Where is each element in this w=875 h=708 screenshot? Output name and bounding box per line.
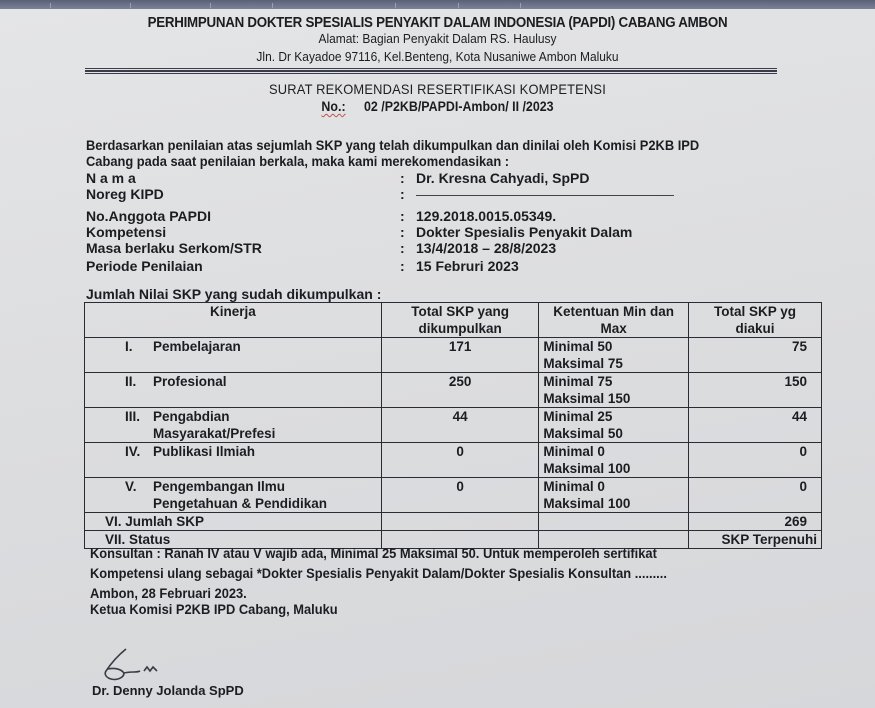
field-value: Dr. Kresna Cahyadi, SpPD xyxy=(416,170,590,186)
header-kinerja: Kinerja xyxy=(85,303,382,338)
letter-title: SURAT REKOMENDASI RESERTIFIKASI KOMPETEN… xyxy=(35,81,840,97)
field-nama: N a m a : Dr. Kresna Cahyadi, SpPD xyxy=(86,170,136,186)
organization-name: PERHIMPUNAN DOKTER SPESIALIS PENYAKIT DA… xyxy=(35,15,840,31)
address-line-2: Jln. Dr Kayadoe 97116, Kel.Benteng, Kota… xyxy=(35,49,840,64)
table-row: III.PengabdianMasyarakat/Prefesi 44 Mini… xyxy=(85,408,822,443)
table-row: V.Pengembangan IlmuPengetahuan & Pendidi… xyxy=(85,478,822,513)
ruler-tick xyxy=(395,3,396,8)
ruler-bar xyxy=(0,0,875,9)
note-line-2: Kompetensi ulang sebagai *Dokter Spesial… xyxy=(90,565,667,581)
ruler-tick xyxy=(210,3,211,8)
skp-table: Kinerja Total SKP yang dikumpulkan Keten… xyxy=(84,302,822,549)
field-label: Noreg KIPD xyxy=(86,186,164,202)
ruler-tick xyxy=(520,3,521,8)
ruler-tick xyxy=(272,3,273,8)
intro-line-1: Berdasarkan penilaian atas sejumlah SKP … xyxy=(86,137,767,153)
total-skp-value: 269 xyxy=(688,513,821,531)
blank-line xyxy=(416,195,674,196)
address-line-1: Alamat: Bagian Penyakit Dalam RS. Haulus… xyxy=(35,31,840,46)
table-header-row: Kinerja Total SKP yang dikumpulkan Keten… xyxy=(85,303,822,338)
table-row: I.Pembelajaran 171 Minimal 50Maksimal 75… xyxy=(85,338,822,373)
header-divider xyxy=(85,68,777,74)
letter-number: No.:02 /P2KB/PAPDI-Ambon/ II /2023 xyxy=(35,99,840,114)
field-periode-penilaian: Periode Penilaian : 15 Februri 2023 xyxy=(86,258,203,274)
table-caption: Jumlah Nilai SKP yang sudah dikumpulkan … xyxy=(86,286,381,302)
header-recognized: Total SKP yg diakui xyxy=(688,303,821,338)
field-noreg-kipd: Noreg KIPD : xyxy=(86,186,164,202)
signer-title: Ketua Komisi P2KB IPD Cabang, Maluku xyxy=(90,601,338,617)
status-value: SKP Terpenuhi xyxy=(688,531,821,549)
field-value: Dokter Spesialis Penyakit Dalam xyxy=(416,224,632,240)
field-value: 15 Februri 2023 xyxy=(416,258,519,274)
field-no-anggota: No.Anggota PAPDI : 129.2018.0015.05349. xyxy=(86,208,211,224)
header-min-max: Ketentuan Min dan Max xyxy=(539,303,689,338)
field-label: N a m a xyxy=(86,170,136,186)
intro-line-2: Cabang pada saat penilaian berkala, maka… xyxy=(86,153,767,169)
field-masa-berlaku: Masa berlaku Serkom/STR : 13/4/2018 – 28… xyxy=(86,240,262,256)
header-collected: Total SKP yang dikumpulkan xyxy=(381,303,538,338)
table-row: II.Profesional 250 Minimal 75Maksimal 15… xyxy=(85,373,822,408)
field-label: Kompetensi xyxy=(86,224,166,240)
field-value: 129.2018.0015.05349. xyxy=(416,208,556,224)
field-label: Masa berlaku Serkom/STR xyxy=(86,240,262,256)
document-page: PERHIMPUNAN DOKTER SPESIALIS PENYAKIT DA… xyxy=(0,9,875,708)
place-date: Ambon, 28 Februari 2023. xyxy=(90,585,247,601)
table-row-total: VI. Jumlah SKP 269 xyxy=(85,513,822,531)
field-value: 13/4/2018 – 28/8/2023 xyxy=(416,240,556,256)
number-value: 02 /P2KB/PAPDI-Ambon/ II /2023 xyxy=(364,99,554,114)
field-kompetensi: Kompetensi : Dokter Spesialis Penyakit D… xyxy=(86,224,166,240)
field-label: No.Anggota PAPDI xyxy=(86,208,211,224)
note-line-1: Konsultan : Ranah IV atau V wajib ada, M… xyxy=(90,545,657,561)
ruler-tick xyxy=(458,3,459,8)
field-label: Periode Penilaian xyxy=(86,258,203,274)
table-row: IV.Publikasi Ilmiah 0 Minimal 0Maksimal … xyxy=(85,443,822,478)
signature-icon xyxy=(96,647,166,687)
signer-name: Dr. Denny Jolanda SpPD xyxy=(92,683,244,698)
intro-paragraph: Berdasarkan penilaian atas sejumlah SKP … xyxy=(86,137,767,169)
ruler-tick xyxy=(50,3,51,8)
ruler-tick xyxy=(130,3,131,8)
number-label: No.: xyxy=(321,99,345,114)
